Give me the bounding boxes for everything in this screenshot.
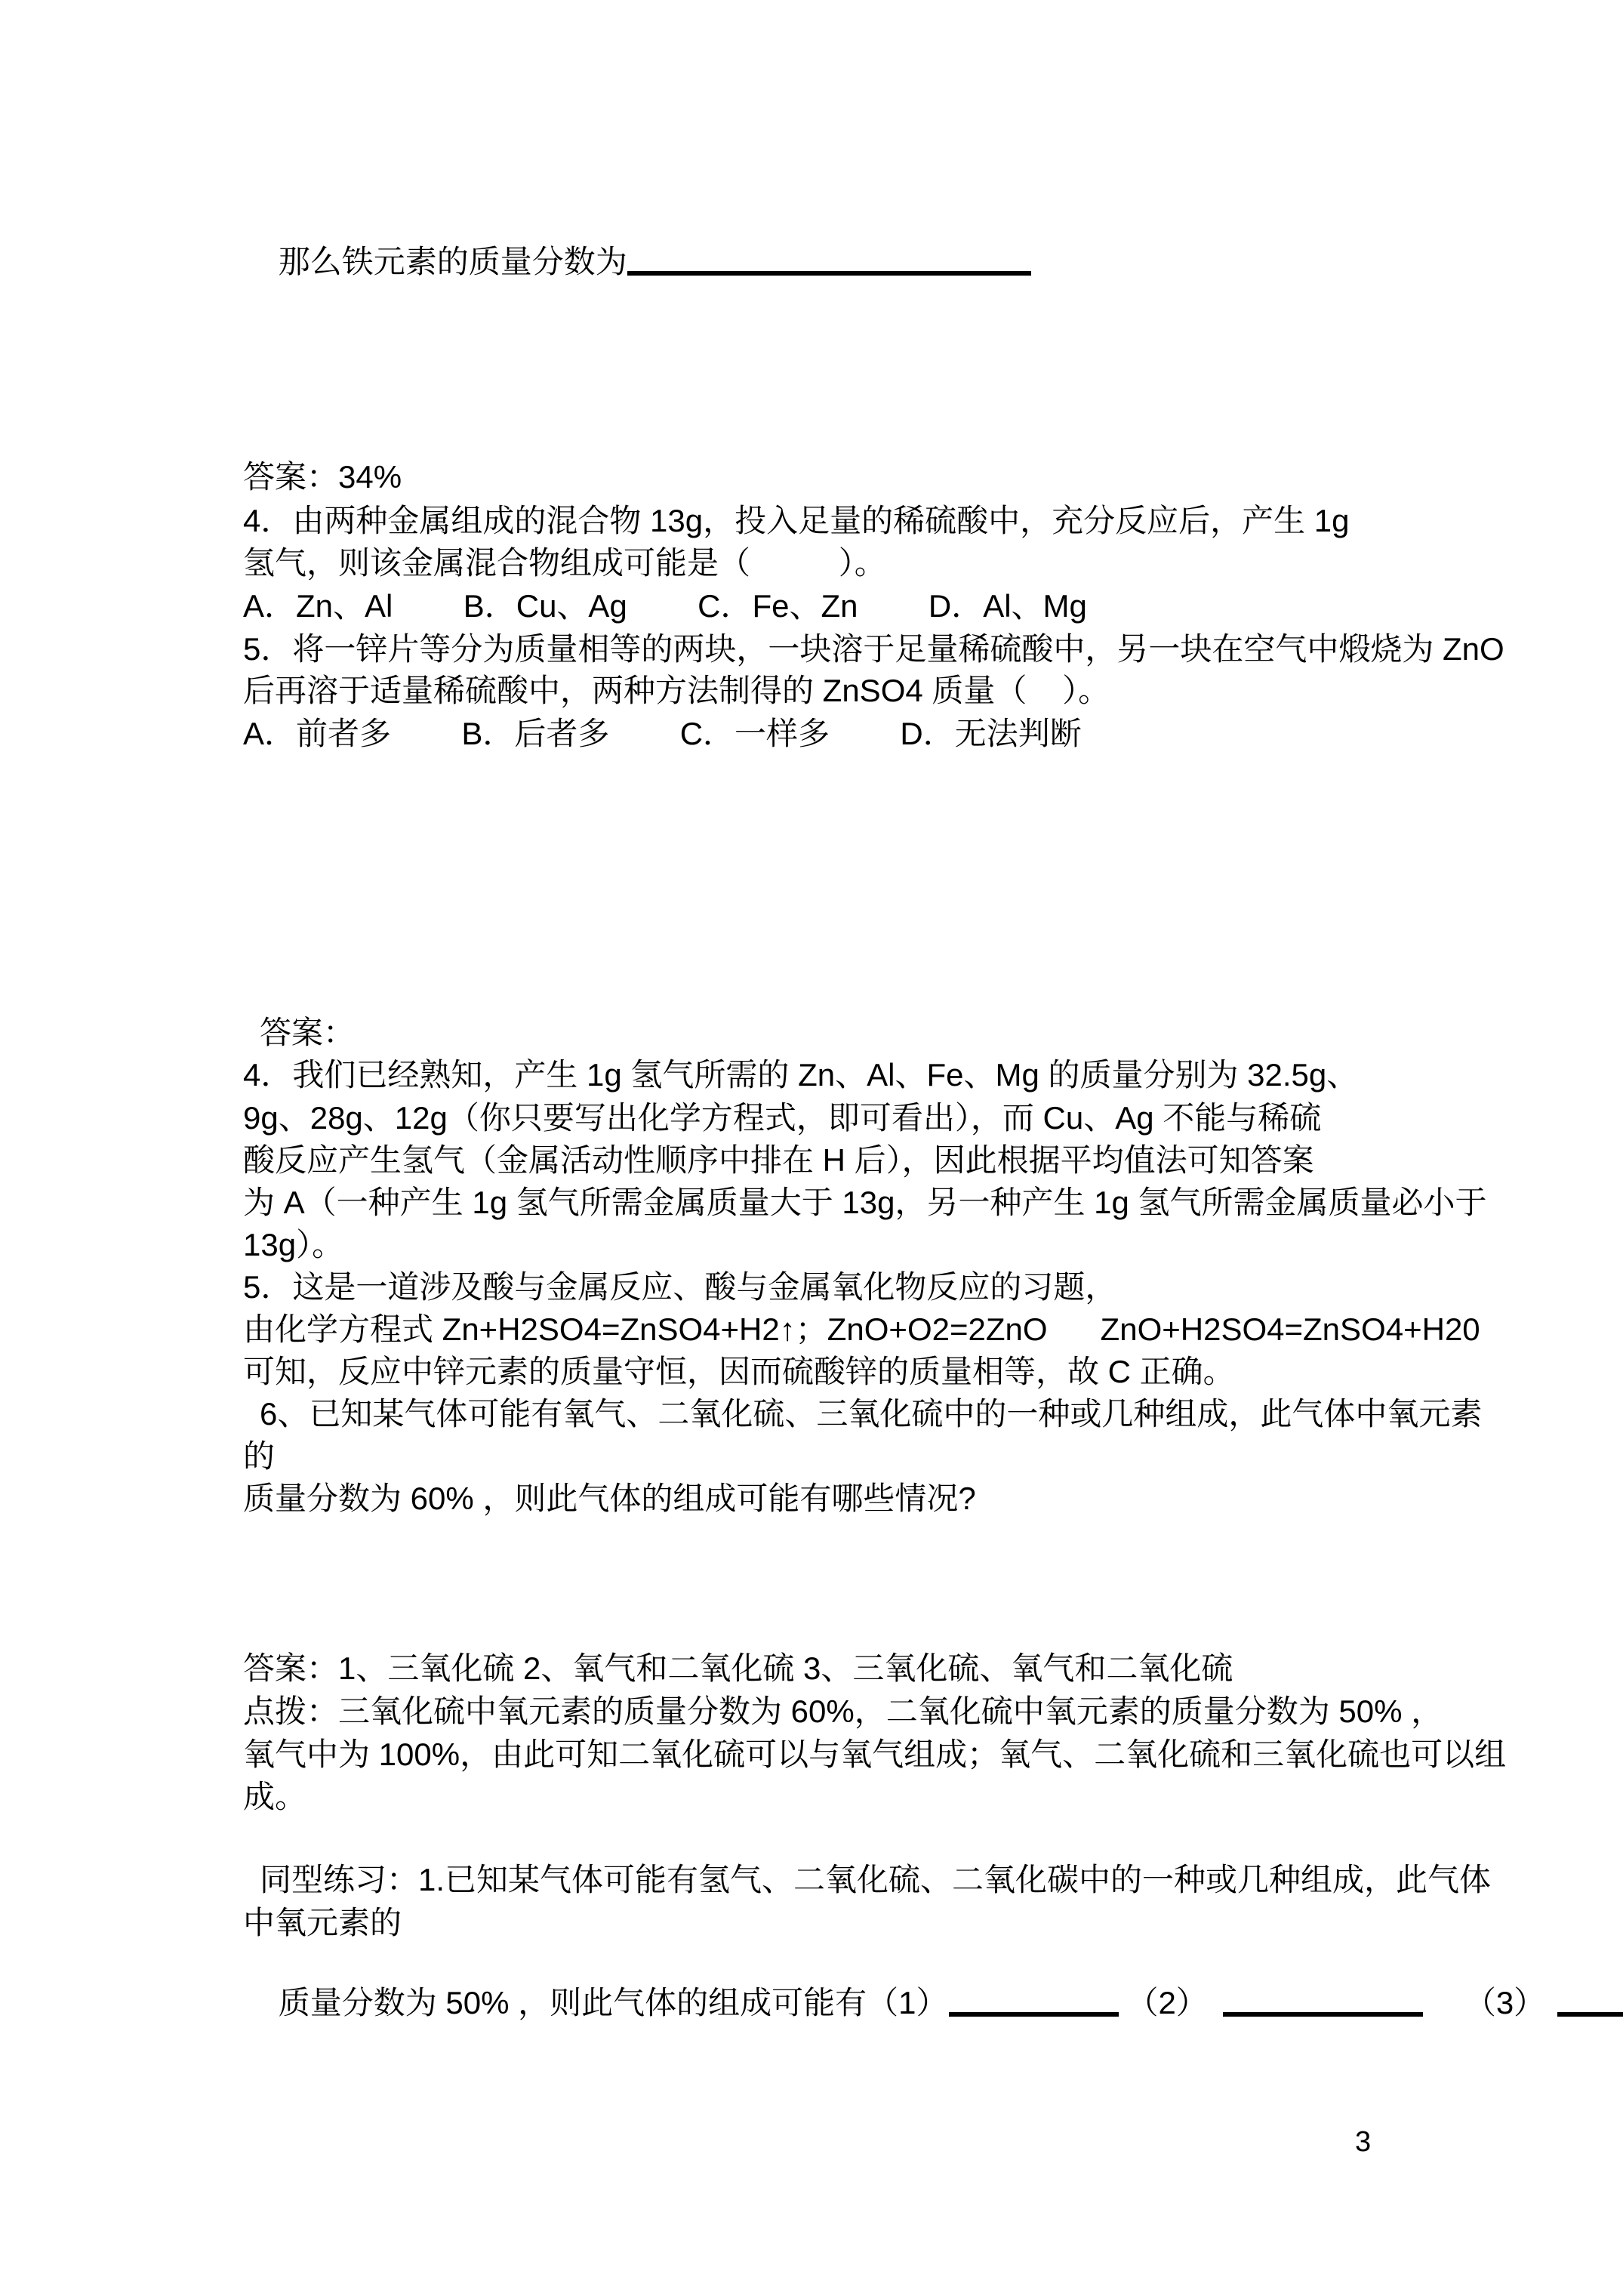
practice-blank-3 (1557, 1985, 1623, 2017)
question-4-line-2: 氢气，则该金属混合物组成可能是（ ）。 (243, 544, 886, 582)
practice-fill-in-line: 质量分数为 50% ，则此气体的组成可能有（1）（2）（3）。 (243, 1946, 1623, 2060)
answer-4-line-3: 酸反应产生氢气（金属活动性顺序中排在 H 后），因此根据平均值法可知答案 (243, 1142, 1314, 1179)
answer-4-line-5: 13g）。 (243, 1226, 343, 1264)
answer-6-hint-line-3: 成。 (243, 1778, 306, 1816)
answer-6-line-1: 答案：1、三氧化硫 2、氧气和二氧化硫 3、三氧化硫、氧气和二氧化硫 (243, 1650, 1233, 1687)
question-4-options: A．Zn、Al B．Cu、Ag C．Fe、Zn D．Al、Mg (243, 587, 1087, 625)
answer-6-hint-line-2: 氧气中为 100%，由此可知二氧化硫可以与氧气组成；氧气、二氧化硫和三氧化硫也可… (243, 1736, 1506, 1774)
answer-4-line-2: 9g、28g、12g（你只要写出化学方程式，即可看出），而 Cu、Ag 不能与稀… (243, 1099, 1321, 1137)
question-6-line-1: 6、已知某气体可能有氧气、二氧化硫、三氧化硫中的一种或几种组成，此气体中氧元素 (260, 1395, 1482, 1433)
answer-6-hint-line-1: 点拨：三氧化硫中氧元素的质量分数为 60%，二氧化硫中氧元素的质量分数为 50%… (243, 1693, 1443, 1730)
answers-header: 答案： (260, 1014, 355, 1052)
answer-34-text: 答案：34% (243, 458, 402, 496)
document-page: 那么铁元素的质量分数为 答案：34% 4．由两种金属组成的混合物 13g，投入足… (0, 0, 1623, 2296)
practice-blank-2-label: （2） (1126, 1985, 1207, 2020)
question-5-line-2: 后再溶于适量稀硫酸中，两种方法制得的 ZnSO4 质量（ ）。 (243, 672, 1110, 710)
fill-in-question-text: 那么铁元素的质量分数为 (279, 244, 627, 279)
question-4-line-1: 4．由两种金属组成的混合物 13g，投入足量的稀硫酸中，充分反应后，产生 1g (243, 502, 1350, 540)
answer-5-line-3: 可知，反应中锌元素的质量守恒，因而硫酸锌的质量相等，故 C 正确。 (243, 1353, 1235, 1391)
answer-4-line-4: 为 A（一种产生 1g 氢气所需金属质量大于 13g，另一种产生 1g 氢气所需… (243, 1184, 1487, 1222)
question-6-line-2: 的 (243, 1438, 275, 1475)
practice-fill-in-prefix: 质量分数为 50% ，则此气体的组成可能有（1） (279, 1985, 948, 2020)
answer-5-line-1: 5．这是一道涉及酸与金属反应、酸与金属氧化物反应的习题， (243, 1268, 1116, 1306)
practice-line-1: 同型练习：1.已知某气体可能有氢气、二氧化硫、二氧化碳中的一种或几种组成，此气体 (260, 1861, 1491, 1899)
question-5-options: A．前者多 B．后者多 C．一样多 D．无法判断 (243, 715, 1082, 753)
answer-4-line-1: 4．我们已经熟知，产生 1g 氢气所需的 Zn、Al、Fe、Mg 的质量分别为 … (243, 1056, 1358, 1094)
page-number: 3 (1355, 2123, 1371, 2161)
practice-blank-2 (1223, 1985, 1423, 2017)
question-6-line-3: 质量分数为 60% ，则此气体的组成可能有哪些情况? (243, 1480, 976, 1518)
fill-in-question-line: 那么铁元素的质量分数为 (243, 205, 1031, 319)
practice-line-2: 中氧元素的 (243, 1904, 402, 1942)
practice-blank-3-label: （3） (1464, 1985, 1545, 2020)
answer-5-equations: 由化学方程式 Zn+H2SO4=ZnSO4+H2↑；ZnO+O2=2ZnO Zn… (243, 1311, 1480, 1348)
answer-blank-line (627, 244, 1031, 276)
question-5-line-1: 5．将一锌片等分为质量相等的两块，一块溶于足量稀硫酸中，另一块在空气中煅烧为 Z… (243, 630, 1504, 668)
practice-blank-1 (949, 1985, 1119, 2017)
